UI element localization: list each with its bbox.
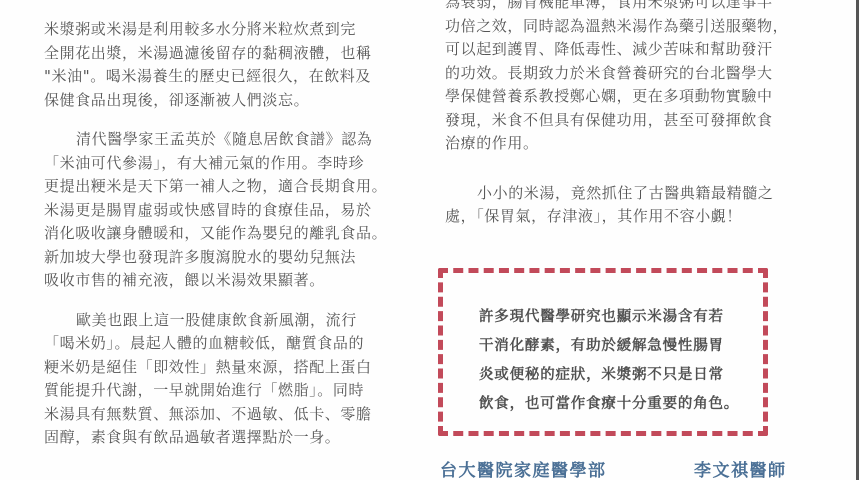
author-department: 台大醫院家庭醫學部 — [440, 456, 607, 480]
text-line: 全開花出漿，米湯過濾後留存的黏稠液體，也稱 — [44, 42, 416, 66]
callout-line: 炎或便秘的症狀，米漿粥不只是日常 — [479, 361, 749, 390]
callout-text: 許多現代醫學研究也顯示米湯含有若 干消化酵素，有助於緩解急慢性腸胃 炎或便秘的症… — [479, 303, 749, 419]
text-line: 處，「保胃氣，存津液」，其作用不容小覷！ — [445, 205, 815, 229]
text-line: "米油"。喝米湯養生的歷史已經很久，在飲料及 — [44, 65, 416, 89]
text-line: 治療的作用。 — [445, 132, 815, 156]
text-line: 吸收市售的補充液，餵以米湯效果顯著。 — [44, 269, 416, 293]
text-line: 米湯具有無麩質、無添加、不過敏、低卡、零膽 — [44, 403, 416, 427]
page-edge-divider — [856, 0, 859, 480]
text-line: 為衰弱，腸胃機能單薄，食用米漿粥可以達事半 — [445, 0, 815, 15]
paragraph-western-trend: 歐美也跟上這一股健康飲食新風潮，流行 「喝米奶」。晨起人體的血糖較低，醣質食品的… — [44, 309, 416, 450]
callout-line: 干消化酵素，有助於緩解急慢性腸胃 — [479, 332, 749, 361]
text-line: 發現，米食不但具有保健功用，甚至可發揮飲食 — [445, 109, 815, 133]
text-line: 清代醫學家王孟英於《隨息居飲食譜》認為 — [44, 128, 416, 152]
right-column: 為衰弱，腸胃機能單薄，食用米漿粥可以達事半 功倍之效，同時認為溫熱米湯作為藥引送… — [445, 0, 815, 245]
text-line: 小小的米湯，竟然抓住了古醫典籍最精髓之 — [445, 182, 815, 206]
text-line: 學保健營養系教授鄭心嫻，更在多項動物實驗中 — [445, 85, 815, 109]
text-line: 「喝米奶」。晨起人體的血糖較低，醣質食品的 — [44, 332, 416, 356]
text-line: 歐美也跟上這一股健康飲食新風潮，流行 — [44, 309, 416, 333]
left-column: 米漿粥或米湯是利用較多水分將米粒炊煮到完 全開花出漿，米湯過濾後留存的黏稠液體，… — [44, 18, 416, 466]
text-line: 質能提升代謝，一早就開始進行「燃脂」。同時 — [44, 379, 416, 403]
text-line: 粳米奶是絕佳「即效性」熱量來源，搭配上蛋白 — [44, 356, 416, 380]
text-line: 功倍之效，同時認為溫熱米湯作為藥引送服藥物， — [445, 15, 815, 39]
text-line: 保健食品出現後，卻逐漸被人們淡忘。 — [44, 89, 416, 113]
text-line: 的功效。長期致力於米食營養研究的台北醫學大 — [445, 62, 815, 86]
text-line: 「米油可代參湯」，有大補元氣的作用。李時珍 — [44, 152, 416, 176]
paragraph-conclusion: 小小的米湯，竟然抓住了古醫典籍最精髓之 處，「保胃氣，存津液」，其作用不容小覷！ — [445, 182, 815, 229]
text-line: 消化吸收讓身體暖和，又能作為嬰兒的離乳食品。 — [44, 222, 416, 246]
text-line: 米漿粥或米湯是利用較多水分將米粒炊煮到完 — [44, 18, 416, 42]
paragraph-rice-soup-intro: 米漿粥或米湯是利用較多水分將米粒炊煮到完 全開花出漿，米湯過濾後留存的黏稠液體，… — [44, 18, 416, 112]
callout-box: 許多現代醫學研究也顯示米湯含有若 干消化酵素，有助於緩解急慢性腸胃 炎或便秘的症… — [438, 268, 768, 436]
callout-line: 飲食，也可當作食療十分重要的角色。 — [479, 390, 749, 419]
paragraph-tcm-effects: 為衰弱，腸胃機能單薄，食用米漿粥可以達事半 功倍之效，同時認為溫熱米湯作為藥引送… — [445, 0, 815, 156]
text-line: 固醇，素食與有飲品過敏者選擇點於一身。 — [44, 426, 416, 450]
text-line: 米湯更是腸胃虛弱或快感冒時的食療佳品，易於 — [44, 199, 416, 223]
text-line: 可以起到護胃、降低毒性、減少苦味和幫助發汗 — [445, 38, 815, 62]
article-page: 米漿粥或米湯是利用較多水分將米粒炊煮到完 全開花出漿，米湯過濾後留存的黏稠液體，… — [0, 0, 860, 480]
author-name: 李文祺醫師 — [694, 456, 787, 480]
paragraph-qing-dynasty: 清代醫學家王孟英於《隨息居飲食譜》認為 「米油可代參湯」，有大補元氣的作用。李時… — [44, 128, 416, 293]
callout-line: 許多現代醫學研究也顯示米湯含有若 — [479, 303, 749, 332]
text-line: 新加坡大學也發現許多腹瀉脫水的嬰幼兒無法 — [44, 246, 416, 270]
text-line: 更提出粳米是天下第一補人之物，適合長期食用。 — [44, 175, 416, 199]
